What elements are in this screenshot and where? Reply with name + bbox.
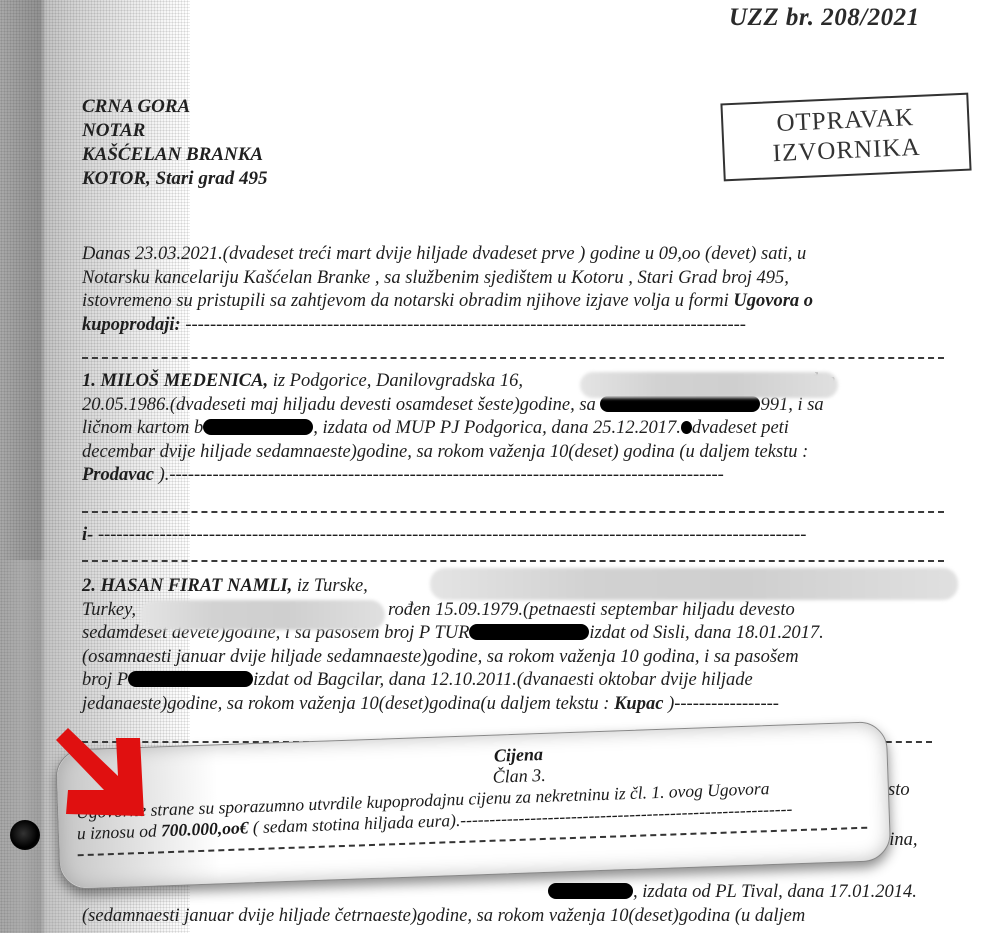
red-arrow-icon — [56, 728, 146, 828]
document-reference-number: UZZ br. 208/2021 — [729, 4, 920, 32]
party-2-dob: rođen 15.09.1979.(petnaesti septembar hi… — [388, 600, 795, 620]
party-1-address: iz Podgorice, Danilovgradska 16, — [268, 371, 523, 391]
header-office: NOTAR — [82, 119, 267, 143]
bottom-line-1-tail: , izdata od PL Tival, dana 17.01.2014. — [548, 882, 917, 903]
intro-dashes: ----------------------------------------… — [181, 315, 746, 335]
contract-type-emphasis-2: kupoprodaji: — [82, 315, 181, 335]
redaction-bar — [469, 624, 589, 640]
separator-line: i- -------------------------------------… — [82, 524, 952, 548]
party-2-passport-1-issued: izdat od Sisli, dana 18.01.2017. — [589, 623, 823, 643]
party-2-role: Kupac — [614, 694, 663, 714]
header-country: CRNA GORA — [82, 95, 267, 119]
party-2-line-4: (osamnaesti januar dvije hiljade sedamna… — [82, 646, 952, 670]
party-1-id-issued: , izdata od MUP PJ Podgorica, dana 25.12… — [313, 418, 681, 438]
party-2-country: Turkey, — [82, 600, 136, 620]
intro-line-3: istovremeno su pristupili sa zahtjevom d… — [82, 290, 952, 314]
contract-type-emphasis: Ugovora o — [733, 291, 813, 311]
blurred-redaction — [430, 568, 958, 600]
official-stamp: OTPRAVAK IZVORNIKA — [720, 93, 971, 182]
dashed-separator — [82, 560, 944, 562]
obscured-text-fragment: sto — [888, 780, 910, 801]
separator-conjunction: i- -------------------------------------… — [82, 524, 952, 548]
document-page: UZZ br. 208/2021 CRNA GORA NOTAR KAŠĆELA… — [0, 0, 1000, 933]
intro-line-2: Notarsku kancelariju Kašćelan Branke , s… — [82, 267, 952, 291]
party-2-name: 2. HASAN FIRAT NAMLI, — [82, 576, 292, 596]
ink-blot — [10, 820, 40, 850]
redaction-bar — [548, 883, 633, 899]
ink-dot — [681, 421, 692, 434]
blurred-redaction — [140, 600, 385, 630]
price-clause-callout: Cijena Član 3. Ugovorne strane su sporaz… — [55, 721, 891, 890]
dashed-separator — [82, 511, 944, 513]
intro-line-1: Danas 23.03.2021.(dvadeset treći mart dv… — [82, 243, 952, 267]
party-1-dob: 20.05.1986.(dvadeseti maj hiljadu devest… — [82, 395, 600, 415]
party-2-origin: iz Turske, — [292, 576, 368, 596]
party-2-validity: jedanaeste)godine, sa rokom važenja 10(d… — [82, 694, 614, 714]
separator-dashes: ----------------------------------------… — [93, 525, 806, 545]
intro-line-4: kupoprodaji: ---------------------------… — [82, 314, 952, 338]
party-1-role-dashes: ).--------------------------------------… — [154, 465, 724, 485]
bottom-line-2: (sedamnaesti januar dvije hiljade četrna… — [82, 906, 805, 927]
redaction-bar — [128, 671, 253, 687]
header-address: KOTOR, Stari grad 495 — [82, 167, 267, 191]
party-1-role: Prodavac — [82, 465, 154, 485]
party-2-role-dashes: )----------------- — [663, 694, 779, 714]
conjunction-i: i- — [82, 525, 93, 545]
party-1-line-5: Prodavac ).-----------------------------… — [82, 464, 952, 488]
party-2-passport-2-issued: izdat od Bagcilar, dana 12.10.2011.(dvan… — [253, 670, 753, 690]
dashed-separator — [82, 357, 944, 359]
bottom-id-issued: , izdata od PL Tival, dana 17.01.2014. — [633, 882, 917, 902]
redaction-bar — [203, 419, 313, 435]
party-1-id-label: ličnom kartom b — [82, 418, 203, 438]
party-2-line-6: jedanaeste)godine, sa rokom važenja 10(d… — [82, 693, 952, 717]
party-2-line-5: broj Pizdat od Bagcilar, dana 12.10.2011… — [82, 669, 952, 693]
price-clause-content: Cijena Član 3. Ugovorne strane su sporaz… — [74, 732, 875, 856]
header-notary-name: KAŠĆELAN BRANKA — [82, 143, 267, 167]
intro-paragraph: Danas 23.03.2021.(dvadeset treći mart dv… — [82, 243, 952, 337]
intro-line-3-text: istovremeno su pristupili sa zahtjevom d… — [82, 291, 733, 311]
notary-header: CRNA GORA NOTAR KAŠĆELAN BRANKA KOTOR, S… — [82, 95, 267, 191]
party-2-passport-2-label: broj P — [82, 670, 128, 690]
party-1-id-date-words: dvadeset peti — [692, 418, 789, 438]
party-1-line-4: decembar dvije hiljade sedamnaeste)godin… — [82, 441, 952, 465]
blurred-redaction — [580, 372, 838, 398]
party-1-line-3: ličnom kartom b, izdata od MUP PJ Podgor… — [82, 417, 952, 441]
party-1-name: 1. MILOŠ MEDENICA, — [82, 371, 268, 391]
price-amount: 700.000,oo€ — [161, 817, 249, 840]
